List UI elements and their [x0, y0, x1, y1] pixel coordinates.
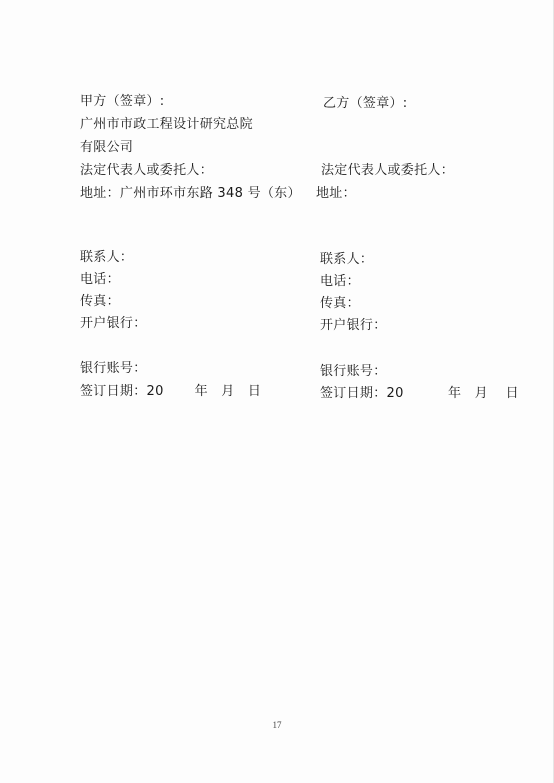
party-b-sign-date: 签订日期：20 年 月 日: [320, 386, 519, 402]
party-b-contact: 联系人：: [320, 252, 373, 268]
document-page: 甲方（签章）: 广州市市政工程设计研究总院 有限公司 法定代表人或委托人： 地址…: [0, 0, 554, 783]
party-a-phone: 电话：: [80, 272, 120, 288]
party-a-account: 银行账号：: [80, 361, 147, 377]
party-a-name-line1: 广州市市政工程设计研究总院: [80, 117, 253, 133]
party-b-bank: 开户银行：: [320, 318, 387, 334]
party-a-name-line2: 有限公司: [80, 140, 133, 156]
party-a-heading: 甲方（签章）:: [80, 94, 164, 110]
party-a-contact: 联系人：: [80, 250, 133, 266]
party-a-sign-date: 签订日期：20 年 月 日: [80, 384, 261, 400]
party-a-bank: 开户银行：: [80, 316, 147, 332]
page-number: 17: [0, 720, 554, 730]
party-b-phone: 电话：: [320, 274, 360, 290]
party-b-account: 银行账号：: [320, 364, 387, 380]
party-b-representative: 法定代表人或委托人：: [321, 163, 454, 179]
party-a-fax: 传真：: [80, 294, 120, 310]
party-b-address: 地址：: [316, 186, 356, 202]
party-b-fax: 传真：: [320, 296, 360, 312]
party-a-address: 地址：广州市环市东路 348 号（东）: [80, 186, 301, 202]
party-a-representative: 法定代表人或委托人：: [80, 163, 213, 179]
party-b-heading: 乙方（签章）:: [323, 96, 407, 112]
